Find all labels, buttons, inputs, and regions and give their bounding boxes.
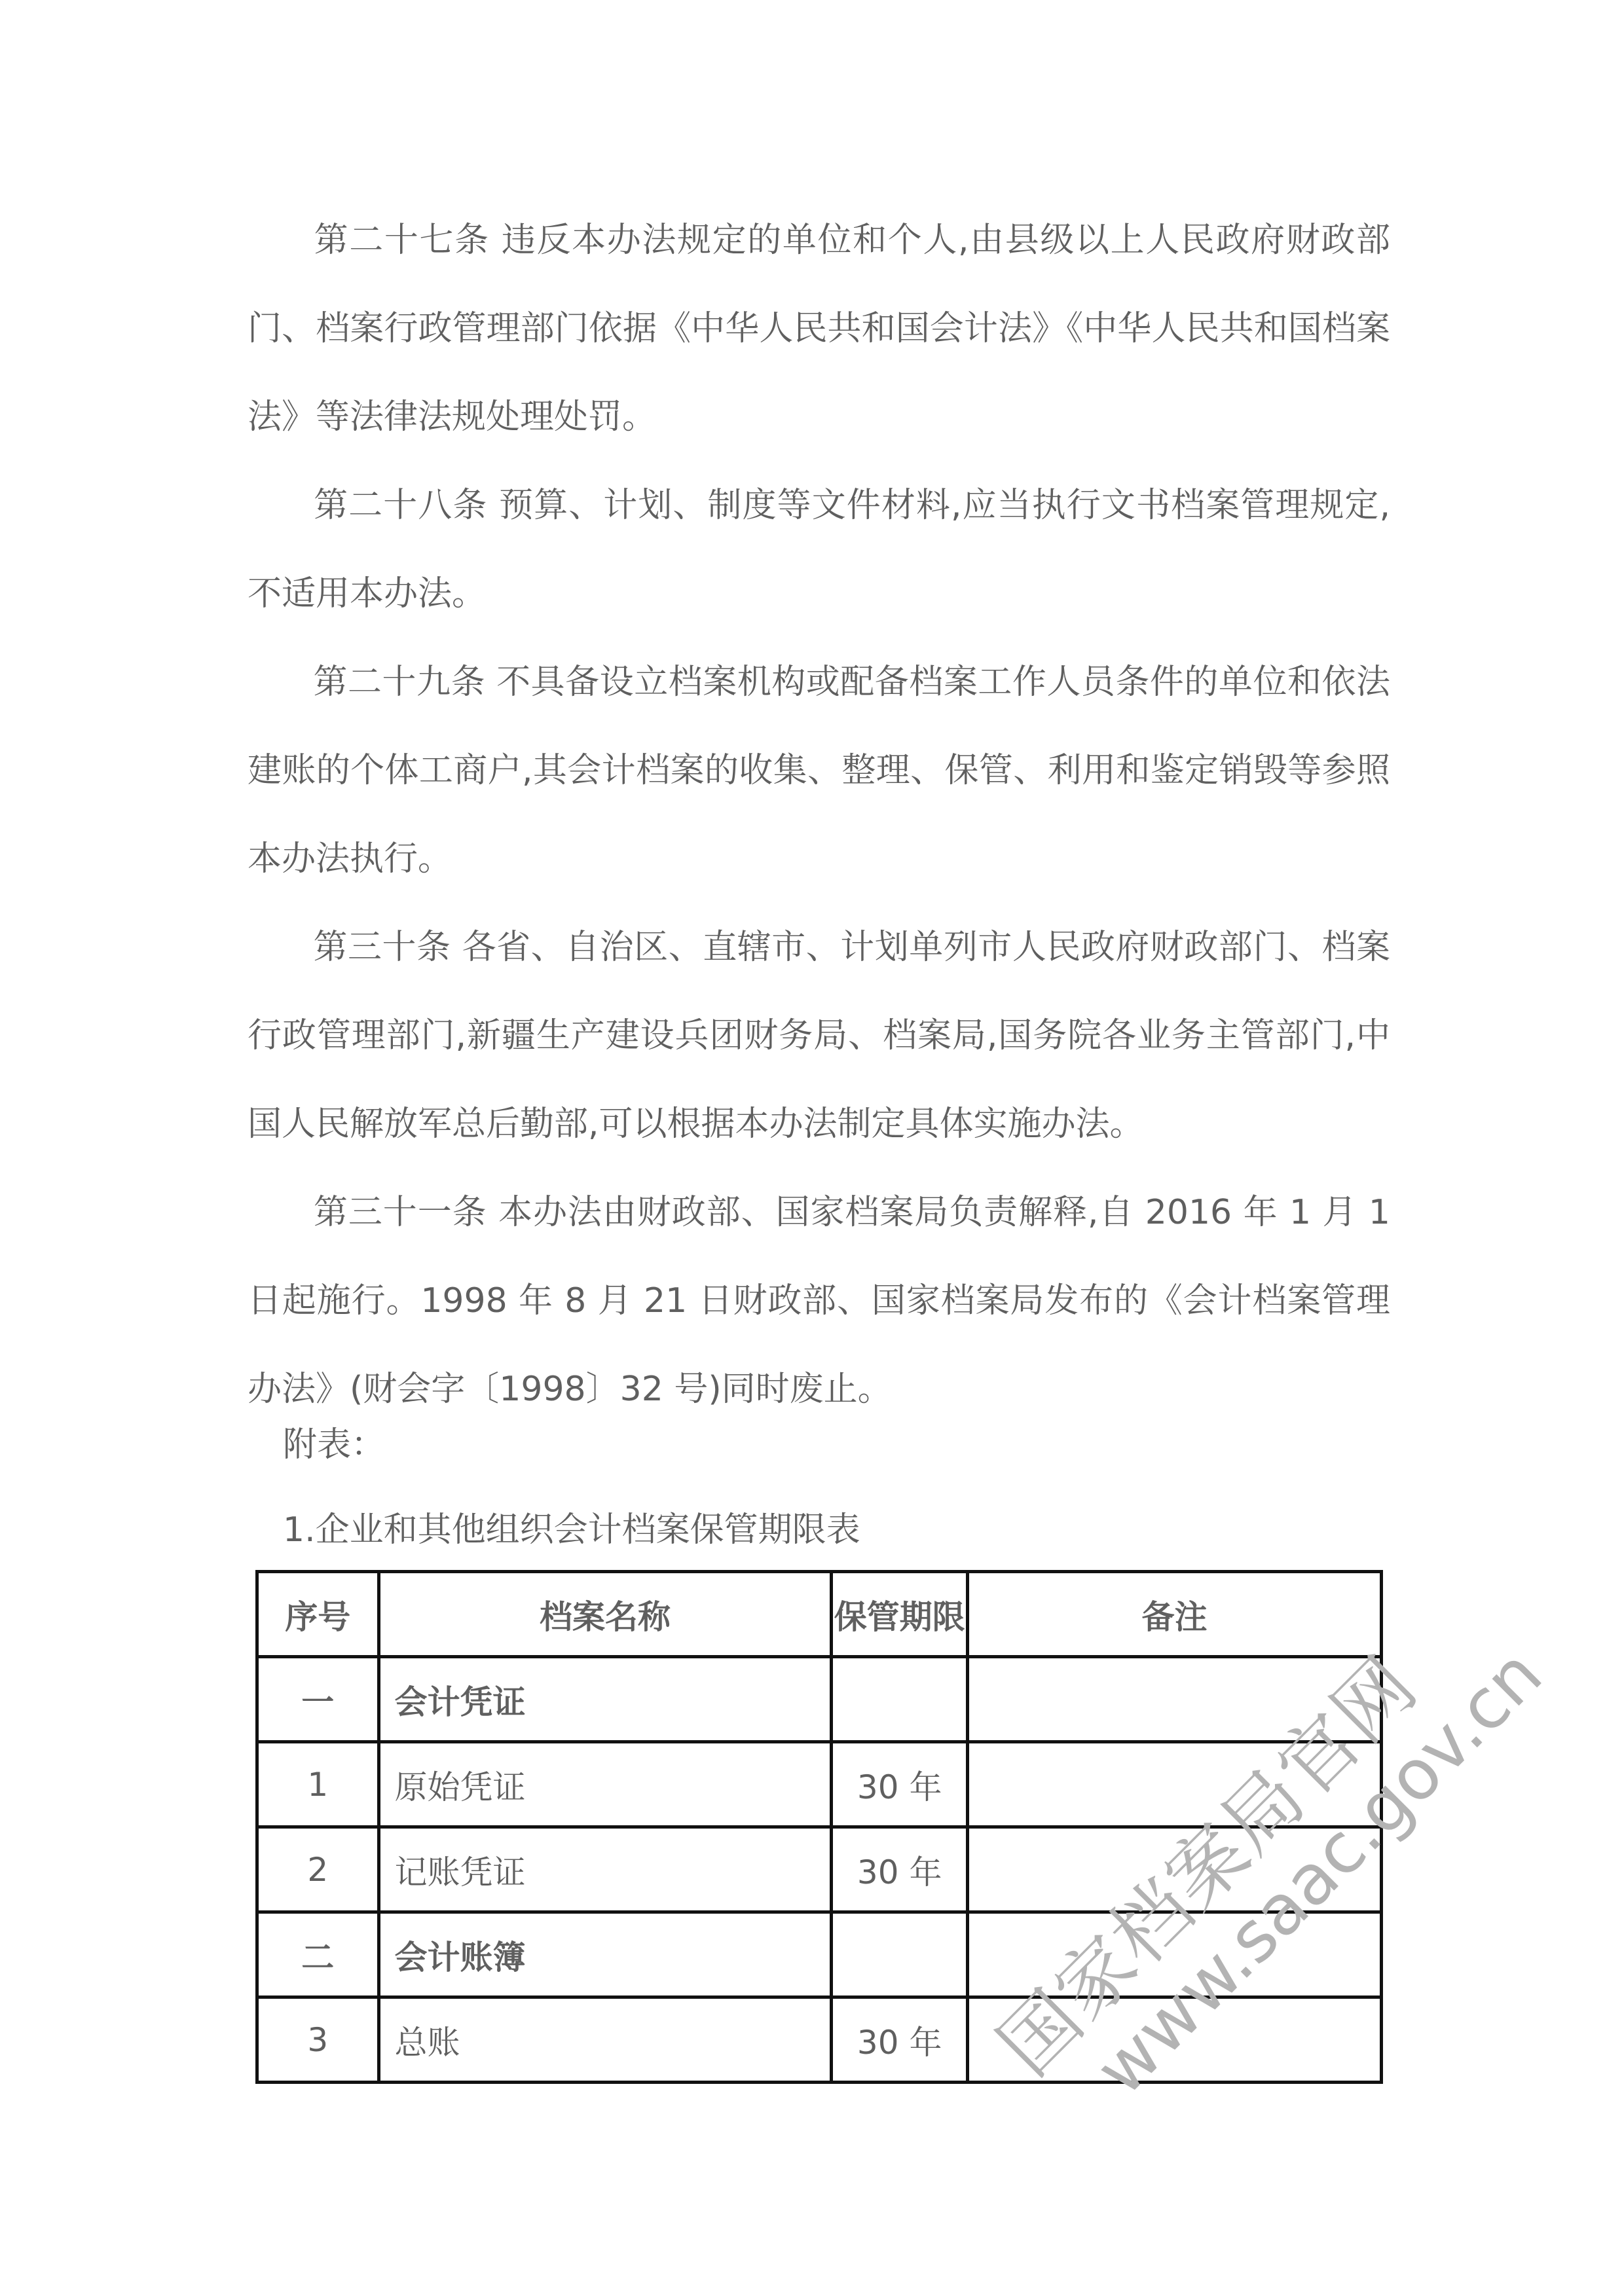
cell-note (967, 1997, 1381, 2083)
cell-serial: 3 (257, 1997, 379, 2083)
cell-name: 记账凭证 (378, 1827, 832, 1912)
article-27: 第二十七条 违反本办法规定的单位和个人,由县级以上人民政府财政部门、档案行政管理… (248, 196, 1390, 462)
article-29: 第二十九条 不具备设立档案机构或配备档案工作人员条件的单位和依法建账的个体工商户… (248, 638, 1390, 903)
cell-period (832, 1912, 968, 1997)
table-row: 1 原始凭证 30 年 (257, 1742, 1382, 1827)
table-title: 1.企业和其他组织会计档案保管期限表 (283, 1486, 860, 1575)
cell-serial: 一 (257, 1657, 379, 1742)
cell-name: 会计账簿 (378, 1912, 832, 1997)
cell-period: 30 年 (832, 1997, 968, 2083)
retention-period-table: 序号 档案名称 保管期限 备注 一 会计凭证 1 原始凭证 30 年 2 记账凭… (255, 1570, 1383, 2084)
cell-serial: 二 (257, 1912, 379, 1997)
cell-period: 30 年 (832, 1742, 968, 1827)
cell-note (967, 1827, 1381, 1912)
article-28: 第二十八条 预算、计划、制度等文件材料,应当执行文书档案管理规定,不适用本办法。 (248, 462, 1390, 638)
article-30: 第三十条 各省、自治区、直辖市、计划单列市人民政府财政部门、档案行政管理部门,新… (248, 903, 1390, 1169)
cell-period: 30 年 (832, 1827, 968, 1912)
cell-note (967, 1657, 1381, 1742)
header-serial: 序号 (257, 1572, 379, 1657)
article-label: 第三十条 (313, 928, 451, 967)
table-row: 一 会计凭证 (257, 1657, 1382, 1742)
cell-period (832, 1657, 968, 1742)
cell-name: 会计凭证 (378, 1657, 832, 1742)
article-label: 第二十七条 (313, 221, 490, 260)
article-label: 第二十九条 (313, 663, 485, 702)
cell-serial: 1 (257, 1742, 379, 1827)
header-archive-name: 档案名称 (378, 1572, 832, 1657)
article-label: 第三十一条 (313, 1193, 487, 1232)
cell-serial: 2 (257, 1827, 379, 1912)
appendix-label: 附表： (283, 1401, 385, 1489)
table-row: 二 会计账簿 (257, 1912, 1382, 1997)
document-page: 第二十七条 违反本办法规定的单位和个人,由县级以上人民政府财政部门、档案行政管理… (0, 0, 1624, 2296)
header-retention-period: 保管期限 (832, 1572, 968, 1657)
cell-name: 原始凭证 (378, 1742, 832, 1827)
article-label: 第二十八条 (313, 486, 487, 525)
table-row: 3 总账 30 年 (257, 1997, 1382, 2083)
header-remarks: 备注 (967, 1572, 1381, 1657)
cell-note (967, 1742, 1381, 1827)
cell-note (967, 1912, 1381, 1997)
table-header-row: 序号 档案名称 保管期限 备注 (257, 1572, 1382, 1657)
table-row: 2 记账凭证 30 年 (257, 1827, 1382, 1912)
cell-name: 总账 (378, 1997, 832, 2083)
article-31: 第三十一条 本办法由财政部、国家档案局负责解释,自 2016 年 1 月 1 日… (248, 1169, 1390, 1434)
